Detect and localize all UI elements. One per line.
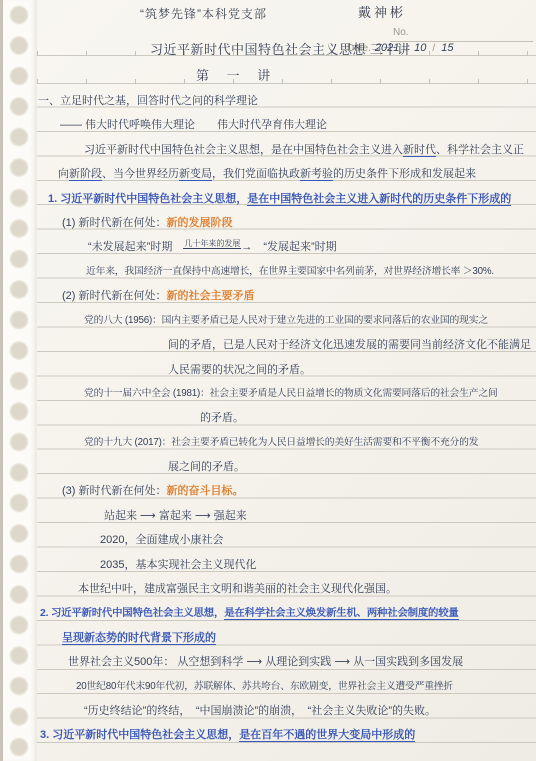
note-text: 展之间的矛盾。 <box>168 461 245 473</box>
note-text-orange: 新的发展阶段 <box>167 217 233 229</box>
note-text-blue: 3. 习近平新时代中国特色社会主义思想， <box>40 729 239 741</box>
page-edge-shadow <box>0 0 3 761</box>
no-label: No. <box>393 27 409 38</box>
note-text: 间的矛盾，已是人民对于经济文化迅速发展的需要同当前经济文化不能满足 <box>168 339 531 351</box>
binding-edge-punch-holes <box>0 0 37 761</box>
note-line: 2020，全面建成小康社会 <box>100 531 223 547</box>
note-line: 20世纪80年代末90年代初，苏联解体、苏共垮台、东欧剧变，世界社会主义遭受严重… <box>76 678 453 692</box>
note-text: “未发展起来”时期 <box>88 241 183 253</box>
note-line: 的矛盾。 <box>200 409 244 425</box>
note-text: 2035，基本实现社会主义现代化 <box>100 559 256 571</box>
note-line: 习近平新时代中国特色社会主义思想，是在中国特色社会主义进入新时代、科学社会主义正 <box>84 141 524 157</box>
note-line-numbered-2: 2. 习近平新时代中国特色社会主义思想，是在科学社会主义焕发新生机、两种社会制度… <box>40 604 459 619</box>
note-line: 党的八大 (1956)：国内主要矛盾已是人民对于建立先进的工业国的要求同落后的农… <box>84 312 488 326</box>
lecture-heading: 第 一 讲 <box>196 65 277 84</box>
note-line-numbered-1: 1. 习近平新时代中国特色社会主义思想，是在中国特色社会主义进入新时代的历史条件… <box>48 190 511 206</box>
note-line: “未发展起来”时期 几十年来的发展→ “发展起来”时期 <box>88 238 337 254</box>
note-text: 20世纪80年代末90年代初，苏联解体、苏共垮台、东欧剧变，世界社会主义遭受严重… <box>76 681 453 692</box>
note-text: 、当今世界经历 <box>102 168 179 180</box>
note-text-blue: 1. 习近平新时代中国特色社会主义思想， <box>48 193 247 205</box>
notebook-page: “筑梦先锋”本科党支部 戴神彬 No. Date.2021/10/15 习近平新… <box>0 0 536 761</box>
note-line: 向新阶段、当今世界经历新变局，我们党面临执政新考验的历史条件下形成和发展起来 <box>58 165 476 181</box>
date-day: 15 <box>437 42 457 54</box>
date-month: 10 <box>410 42 430 54</box>
note-text: 站起来 ⟶ 富起来 ⟶ 强起来 <box>104 510 247 522</box>
note-line: “历史终结论”的终结， “中国崩溃论”的崩溃， “社会主义失败论”的失败。 <box>84 702 436 718</box>
note-line-numbered-3: 3. 习近平新时代中国特色社会主义思想，是在百年不遇的世界大变局中形成的 <box>40 726 415 742</box>
note-line: 一、立足时代之基，回答时代之问的科学理论 <box>38 92 258 108</box>
note-line-sub-3: (3) 新时代新在何处：新的奋斗目标。 <box>62 482 244 498</box>
note-text: 向 <box>58 168 69 180</box>
note-text: 、科学社会主义正 <box>436 144 524 156</box>
note-text-orange: 新的奋斗目标。 <box>167 485 244 497</box>
note-line: 本世纪中叶，建成富强民主文明和谐美丽的社会主义现代化强国。 <box>78 580 397 596</box>
note-line: 站起来 ⟶ 富起来 ⟶ 强起来 <box>104 507 247 523</box>
note-text-underlined: 新阶段 <box>69 168 102 181</box>
note-text: 一、立足时代之基，回答时代之问的科学理论 <box>38 95 258 107</box>
note-text-blue: 2. 习近平新时代中国特色社会主义思想， <box>40 608 224 619</box>
note-line: 人民需要的状况之间的矛盾。 <box>168 361 311 377</box>
page-title: 习近平新时代中国特色社会主义思想 三十讲 <box>150 39 411 58</box>
note-text: 本世纪中叶，建成富强民主文明和谐美丽的社会主义现代化强国。 <box>78 583 397 595</box>
note-text: 2020，全面建成小康社会 <box>100 534 223 546</box>
note-line: 2035，基本实现社会主义现代化 <box>100 556 256 572</box>
header-org: “筑梦先锋”本科党支部 <box>140 5 267 22</box>
note-text-blue-underlined: 呈现新态势的时代背景下形成的 <box>62 632 216 645</box>
note-line: 展之间的矛盾。 <box>168 458 245 474</box>
note-text: ，我们党面临执政 <box>212 168 300 180</box>
note-text: “历史终结论”的终结， “中国崩溃论”的崩溃， “社会主义失败论”的失败。 <box>84 705 436 717</box>
note-text-underlined: 新时代 <box>403 144 436 157</box>
note-line: 党的十一届六中全会 (1981)：社会主要矛盾是人民日益增长的物质文化需要同落后… <box>84 385 498 399</box>
note-text-underlined: 新考验 <box>300 168 333 181</box>
note-line: —— 伟大时代呼唤伟大理论 伟大时代孕育伟大理论 <box>60 116 327 132</box>
note-text: 习近平新时代中国特色社会主义思想，是在中国特色社会主义进入 <box>84 144 403 156</box>
note-text: 党的十一届六中全会 (1981)：社会主要矛盾是人民日益增长的物质文化需要同落后… <box>84 388 498 399</box>
note-text-blue-underlined: 是在中国特色社会主义进入新时代的历史条件下形成的 <box>247 193 511 206</box>
note-line: 间的矛盾，已是人民对于经济文化迅速发展的需要同当前经济文化不能满足 <box>168 336 531 352</box>
note-line-sub-2: (2) 新时代新在何处：新的社会主要矛盾 <box>62 287 255 303</box>
note-line: 党的十九大 (2017)：社会主要矛盾已转化为人民日益增长的美好生活需要和不平衡… <box>84 434 478 448</box>
note-text-blue-underlined: 是在科学社会主义焕发新生机、两种社会制度的较量 <box>224 608 458 620</box>
note-text: 的矛盾。 <box>200 412 244 424</box>
arrow-label: 几十年来的发展 <box>183 239 241 249</box>
note-text: (1) 新时代新在何处： <box>62 217 167 229</box>
note-text-underlined: 新变局 <box>179 168 212 181</box>
note-line: 呈现新态势的时代背景下形成的 <box>62 629 216 645</box>
student-name: 戴神彬 <box>358 2 406 21</box>
note-line: 世界社会主义500年： 从空想到科学 ⟶ 从理论到实践 ⟶ 从一国实践到多国发展 <box>68 653 463 669</box>
note-text: 的历史条件下形成和发展起来 <box>333 168 476 180</box>
note-text: 人民需要的状况之间的矛盾。 <box>168 364 311 376</box>
note-text: (3) 新时代新在何处： <box>62 485 167 497</box>
note-text: (2) 新时代新在何处： <box>62 290 167 302</box>
note-text: 世界社会主义500年： 从空想到科学 ⟶ 从理论到实践 ⟶ 从一国实践到多国发展 <box>68 656 463 668</box>
note-text: → “发展起来”时期 <box>241 241 336 253</box>
note-text: 近年来，我国经济一直保持中高速增长，在世界主要国家中名列前茅，对世界经济增长率 … <box>86 266 494 277</box>
note-line: 近年来，我国经济一直保持中高速增长，在世界主要国家中名列前茅，对世界经济增长率 … <box>86 263 494 277</box>
note-text-orange: 新的社会主要矛盾 <box>167 290 255 302</box>
note-text: —— 伟大时代呼唤伟大理论 伟大时代孕育伟大理论 <box>60 119 327 131</box>
note-text: 党的八大 (1956)：国内主要矛盾已是人民对于建立先进的工业国的要求同落后的农… <box>84 315 488 326</box>
note-text: 党的十九大 (2017)：社会主要矛盾已转化为人民日益增长的美好生活需要和不平衡… <box>84 437 478 448</box>
note-text-blue-underlined: 是在百年不遇的世界大变局中形成的 <box>239 729 415 742</box>
note-line-sub-1: (1) 新时代新在何处：新的发展阶段 <box>62 214 233 230</box>
